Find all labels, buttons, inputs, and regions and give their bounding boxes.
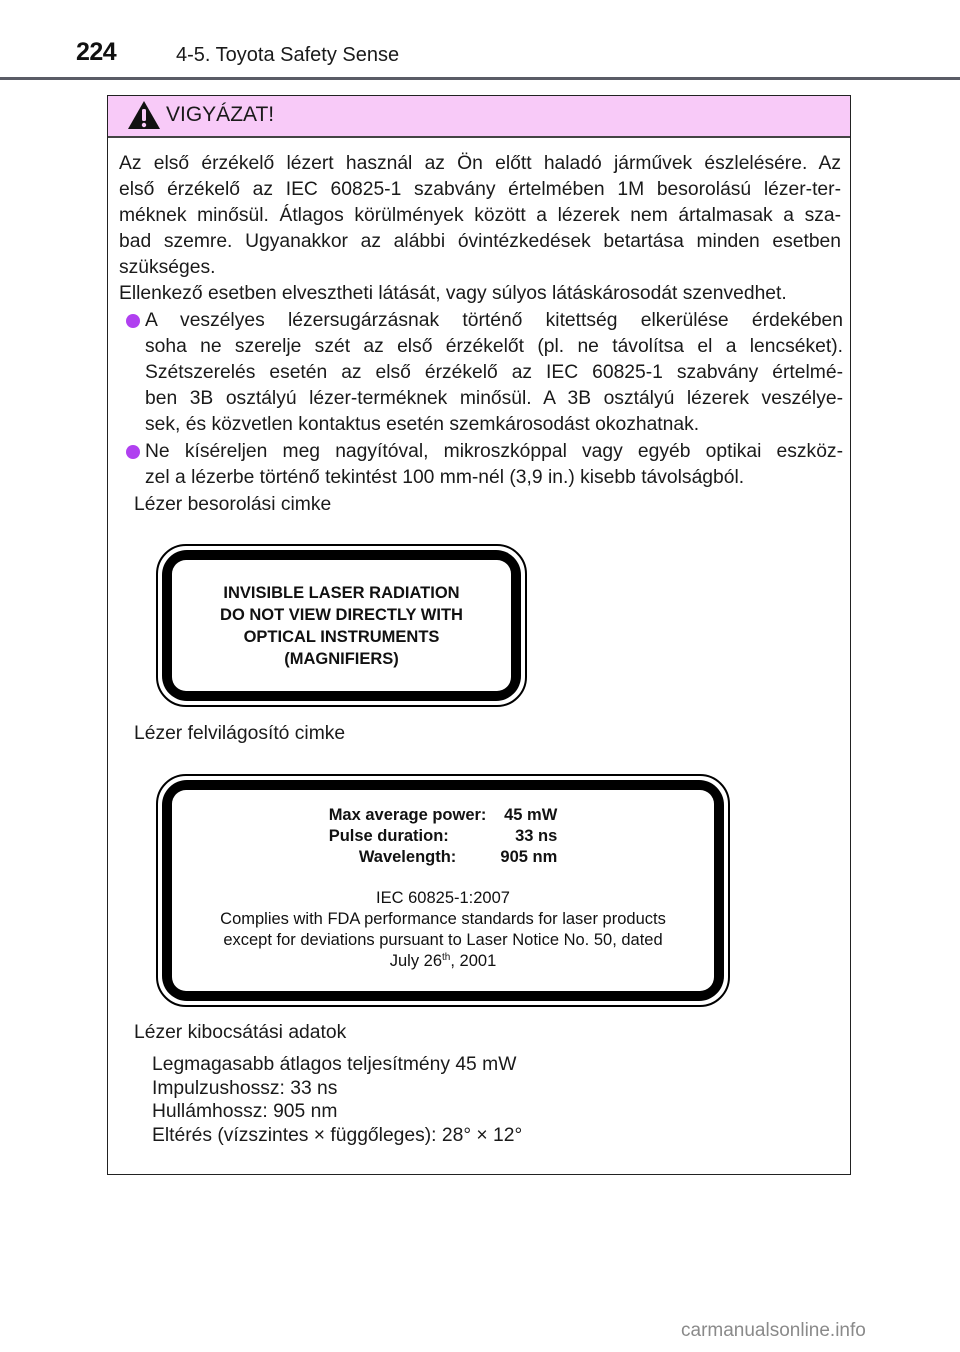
label-text-line: (MAGNIFIERS) [284,648,399,670]
bullet-line: zel a lézerbe történő tekintést 100 mm-n… [145,465,843,491]
section-title: 4-5. Toyota Safety Sense [176,44,399,67]
intro-line: szükséges. [119,255,841,281]
watermark: carmanualsonline.info [681,1320,866,1342]
spec-key: Pulse duration: [329,826,487,847]
bullet-line: ben 3B osztályú lézer-terméknek minősül.… [145,386,843,412]
label-text-line: INVISIBLE LASER RADIATION [223,582,459,604]
caution-box: VIGYÁZAT! Az első érzékelő lézert haszná… [107,95,851,1175]
intro-line: Az első érzékelő lézert használ az Ön el… [119,151,841,177]
emission-line: Legmagasabb átlagos teljesítmény 45 mW [152,1053,522,1077]
consequence-text: Ellenkező esetben elvesztheti látását, v… [119,281,841,307]
date-suffix: , 2001 [450,952,496,970]
laser-explanatory-label: Max average power: 45 mW Pulse duration:… [156,774,730,1007]
intro-line: méknek minősül. Átlagos körülmények közö… [119,203,841,229]
emission-data-caption: Lézer kibocsátási adatok [134,1022,346,1044]
page-number: 224 [76,38,116,67]
bullet-dot-icon [126,314,140,328]
warning-triangle-icon [127,100,161,130]
caution-header: VIGYÁZAT! [108,96,850,138]
emission-line: Hullámhossz: 905 nm [152,1100,522,1124]
label-text-line: OPTICAL INSTRUMENTS [244,626,440,648]
bullet-line: Szétszerelés esetén az első érzékelő az … [145,360,843,386]
label-text-line: DO NOT VIEW DIRECTLY WITH [220,604,463,626]
compliance-date: July 26th, 2001 [220,951,666,972]
spec-value: 33 ns [500,826,557,847]
caution-title: VIGYÁZAT! [166,103,274,127]
emission-data-list: Legmagasabb átlagos teljesítmény 45 mW I… [152,1053,522,1147]
bullet-line: soha ne szerelje szét az első érzékelőt … [145,334,843,360]
bullet-line: A veszélyes lézersugárzásnak történő kit… [145,308,843,334]
spec-key: Max average power: [329,805,487,826]
laser-classification-label: INVISIBLE LASER RADIATION DO NOT VIEW DI… [156,544,527,707]
date-prefix: July 26 [390,952,442,970]
intro-line: bad szemre. Ugyanakkor az alábbi óvintéz… [119,229,841,255]
intro-line: első érzékelő az IEC 60825-1 szabvány ér… [119,177,841,203]
compliance-line: except for deviations pursuant to Laser … [220,930,666,951]
bullet-dot-icon [126,445,140,459]
emission-line: Impulzushossz: 33 ns [152,1077,522,1101]
spec-value: 905 nm [500,847,557,868]
standard-text: IEC 60825-1:2007 [220,888,666,909]
bullet-item: A veszélyes lézersugárzásnak történő kit… [119,308,843,438]
bullet-line: Ne kíséreljen meg nagyítóval, mikroszkóp… [145,439,843,465]
spec-value: 45 mW [500,805,557,826]
spec-key: Wavelength: [329,847,487,868]
header-divider [0,77,960,80]
compliance-text: IEC 60825-1:2007 Complies with FDA perfo… [220,888,666,972]
spec-table: Max average power: 45 mW Pulse duration:… [329,805,558,868]
intro-paragraph: Az első érzékelő lézert használ az Ön el… [119,151,841,307]
bullet-item: Ne kíséreljen meg nagyítóval, mikroszkóp… [119,439,843,491]
bullet-line: sek, és közvetlen kontaktus esetén szemk… [145,412,843,438]
explanatory-label-caption: Lézer felvilágosító cimke [134,723,345,745]
compliance-line: Complies with FDA performance standards … [220,909,666,930]
emission-line: Eltérés (vízszintes × függőleges): 28° ×… [152,1124,522,1148]
classification-label-caption: Lézer besorolási cimke [134,494,331,516]
